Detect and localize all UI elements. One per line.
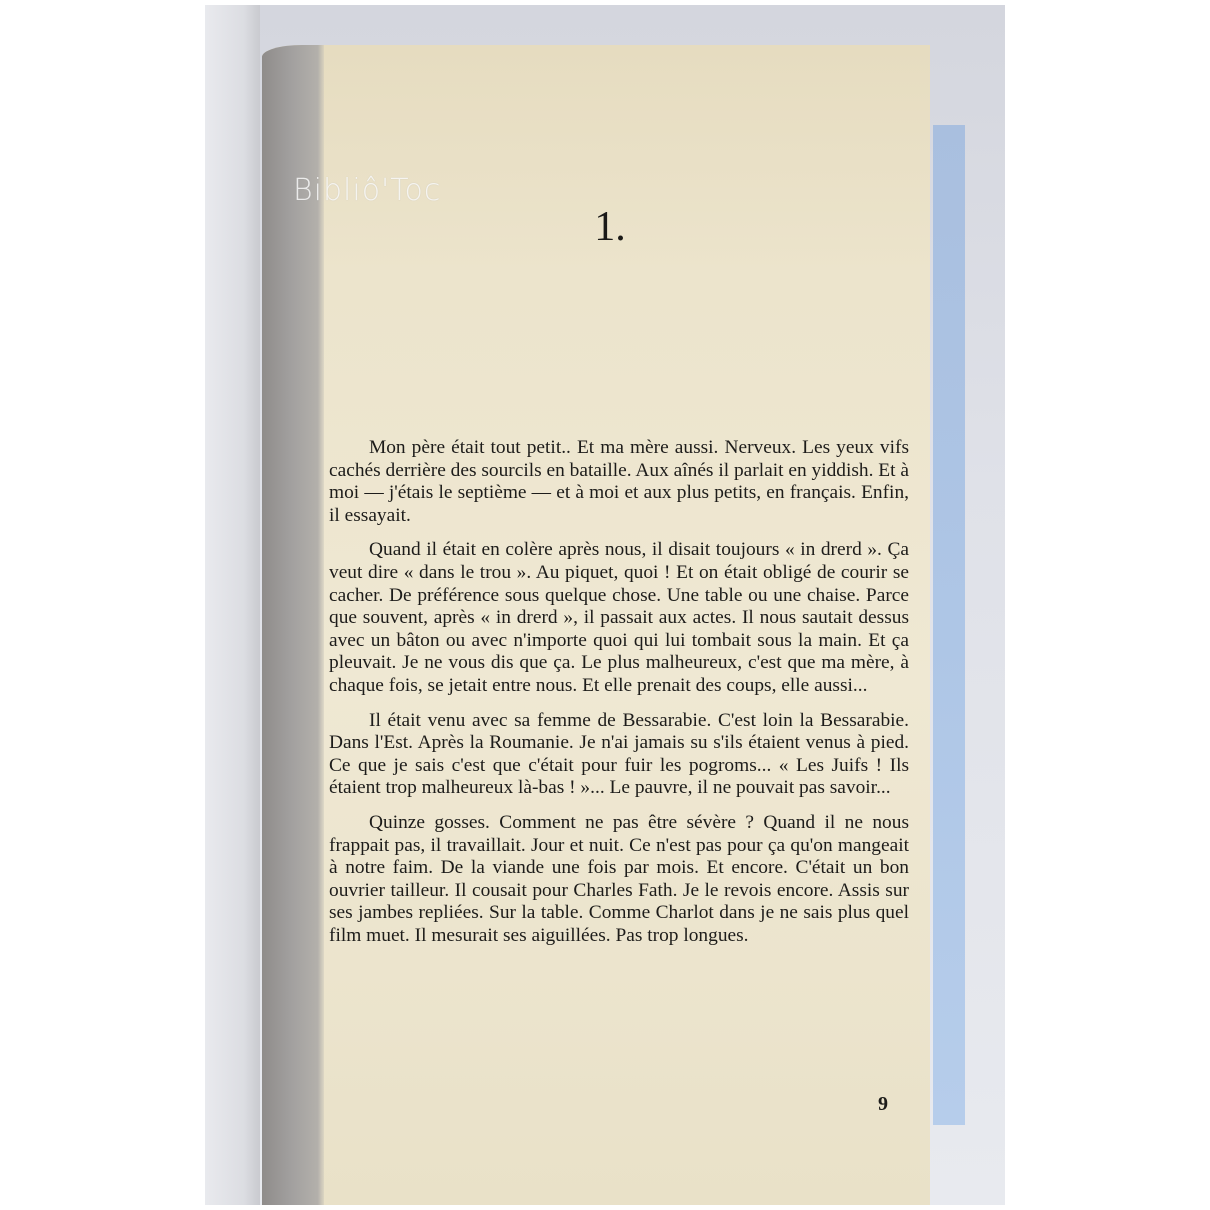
paragraph: Il était venu avec sa femme de Bessarabi… <box>329 710 909 800</box>
page-number: 9 <box>878 1093 888 1116</box>
book-photo: 1. Mon père était tout petit.. Et ma mèr… <box>205 5 1005 1205</box>
paragraph: Mon père était tout petit.. Et ma mère a… <box>329 437 909 527</box>
paragraph: Quinze gosses. Comment ne pas être sévèr… <box>329 812 909 948</box>
chapter-body: Mon père était tout petit.. Et ma mère a… <box>329 437 909 959</box>
chapter-number: 1. <box>262 203 930 251</box>
watermark-logo: Bibliô'Toc <box>293 173 441 208</box>
previous-page-edge <box>205 5 260 1205</box>
paragraph: Quand il était en colère après nous, il … <box>329 539 909 697</box>
book-page: 1. Mon père était tout petit.. Et ma mèr… <box>262 45 930 1205</box>
background-blue-band <box>933 125 965 1125</box>
